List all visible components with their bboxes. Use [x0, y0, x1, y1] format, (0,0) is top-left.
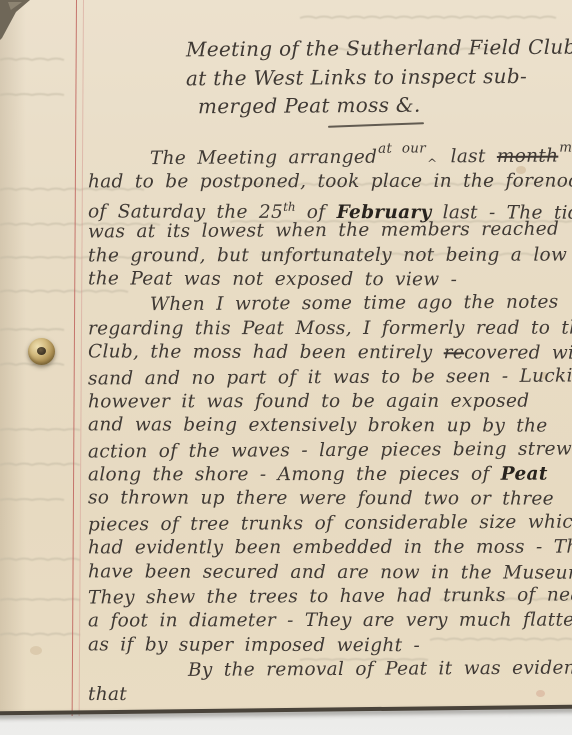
text-segment: however it was found to be again exposed [88, 391, 529, 413]
text-segment-sup: th [283, 200, 296, 214]
text-line: have been secured and are now in the Mus… [88, 560, 572, 586]
brass-fastener [28, 338, 55, 365]
text-segment: action of the waves - large pieces being… [88, 438, 572, 462]
text-line: action of the waves - large pieces being… [88, 437, 572, 464]
text-segment: and was being extensively broken up by t… [88, 415, 548, 437]
text-line: sand and no part of it was to be seen - … [88, 364, 572, 391]
catchword: that [88, 683, 572, 707]
text-segment: along the shore - Among the pieces of [88, 464, 501, 486]
text-line: and was being extensively broken up by t… [88, 414, 572, 440]
text-segment-above: meeting [559, 135, 572, 160]
heading: Meeting of the Sutherland Field Clubat t… [186, 34, 566, 126]
text-line: the Peat was not exposed to view - [88, 267, 572, 293]
text-segment: When I wrote some time ago the notes [150, 292, 559, 315]
text-segment: Club, the moss had been entirely [88, 341, 444, 363]
text-line: When I wrote some time ago the notes [88, 291, 572, 318]
text-segment: as if by super imposed weight - [88, 634, 420, 656]
text-segment: pieces of tree trunks of considerable si… [88, 511, 572, 535]
text-line: The Meeting arrangedat our^ last monthme… [88, 145, 572, 172]
text-line: had evidently been embedded in the moss … [88, 536, 572, 561]
text-line: pieces of tree trunks of considerable si… [88, 510, 572, 537]
text-segment: the ground, but unfortunately not being … [88, 244, 572, 266]
text-segment: sand and no part of it was to be seen - … [88, 365, 572, 389]
text-line: the ground, but unfortunately not being … [88, 243, 572, 268]
text-segment: the Peat was not exposed to view - [88, 268, 457, 290]
text-segment: have been secured and are now in the Mus… [88, 561, 572, 583]
text-line: of Saturday the 25th of February last - … [88, 194, 572, 220]
manuscript-body: The Meeting arrangedat our^ last monthme… [88, 146, 572, 707]
text-segment: By the removal of Peat it was evident [188, 658, 572, 681]
heading-line: at the West Links to inspect sub- [186, 61, 566, 92]
text-segment: last [439, 146, 497, 167]
text-segment-struck: re [444, 342, 464, 363]
text-line: along the shore - Among the pieces of Pe… [88, 463, 572, 488]
text-segment-struck: month [497, 146, 559, 167]
text-line: so thrown up there were found two or thr… [88, 487, 572, 513]
text-line: They shew the trees to have had trunks o… [88, 584, 572, 611]
text-segment: covered with [464, 342, 572, 363]
text-segment: had to be postponed, took place in the f… [88, 171, 572, 193]
text-segment: regarding this Peat Moss, I formerly rea… [88, 317, 572, 339]
text-line: Club, the moss had been entirely recover… [88, 340, 572, 366]
text-segment-bold: Peat [501, 464, 548, 485]
text-line: had to be postponed, took place in the f… [88, 170, 572, 195]
text-segment: They shew the trees to have had trunks o… [88, 584, 572, 608]
text-segment: The Meeting arranged [150, 147, 377, 169]
scanned-manuscript-page: Meeting of the Sutherland Field Clubat t… [0, 0, 572, 735]
text-line: as if by super imposed weight - [88, 633, 572, 659]
text-segment: so thrown up there were found two or thr… [88, 488, 554, 510]
text-segment: had evidently been embedded in the moss … [88, 537, 572, 559]
text-line: a foot in diameter - They are very much … [88, 609, 572, 634]
text-segment: a foot in diameter - They are very much … [88, 610, 572, 632]
text-line: By the removal of Peat it was evident [88, 657, 572, 684]
text-segment-above: at our [378, 136, 426, 161]
text-line: regarding this Peat Moss, I formerly rea… [88, 316, 572, 341]
heading-line: Meeting of the Sutherland Field Club [186, 33, 566, 64]
text-segment: was at its lowest when the members reach… [88, 219, 559, 243]
text-line: however it was found to be again exposed [88, 389, 572, 414]
text-line: was at its lowest when the members reach… [88, 218, 572, 245]
heading-line: merged Peat moss &. [186, 90, 566, 121]
